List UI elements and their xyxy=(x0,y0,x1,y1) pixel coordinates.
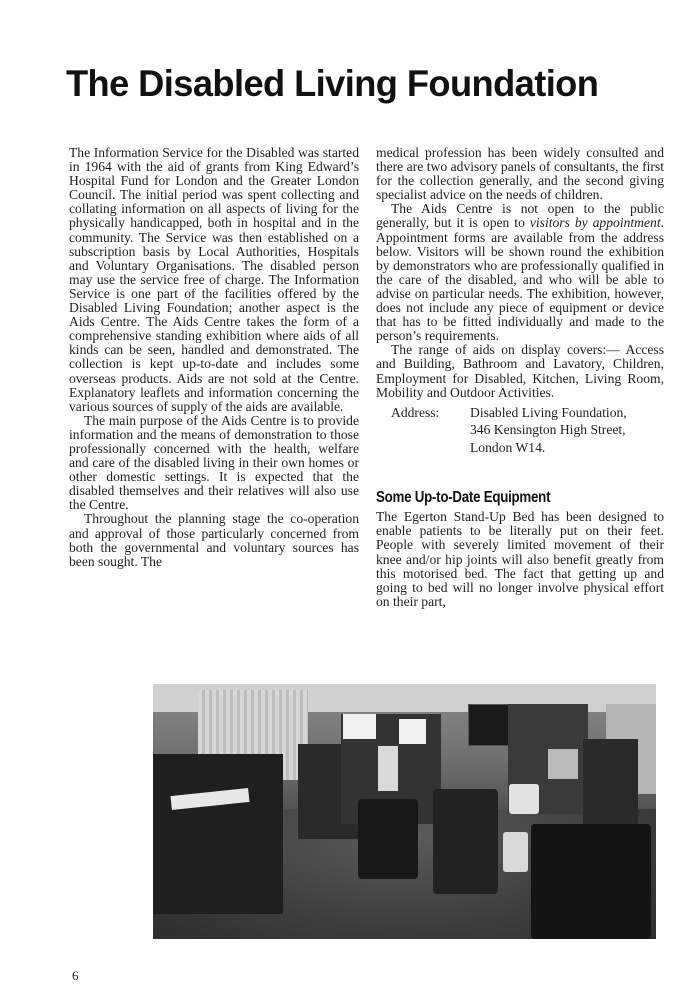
photo-wheelchair xyxy=(531,824,651,939)
section-subheading: Some Up-to-Date Equipment xyxy=(376,491,624,505)
address-line: Disabled Living Foundation, xyxy=(470,404,664,422)
address-line: London W14. xyxy=(470,439,664,457)
paragraph-text: . Appointment forms are available from t… xyxy=(376,215,664,343)
emphasis-text: visitors by appointment xyxy=(530,215,661,230)
exhibition-photo xyxy=(153,684,656,939)
paragraph: Throughout the planning stage the co-ope… xyxy=(69,512,359,568)
paragraph: medical profession has been widely consu… xyxy=(376,146,664,202)
right-column: medical profession has been widely consu… xyxy=(376,146,664,609)
photo-stand-up-bed xyxy=(153,754,283,914)
page-number: 6 xyxy=(72,968,79,984)
address-label: Address: xyxy=(376,404,470,422)
paragraph: The Egerton Stand-Up Bed has been design… xyxy=(376,510,664,609)
photo-poster xyxy=(548,749,578,779)
photo-sign xyxy=(468,704,510,746)
page-title: The Disabled Living Foundation xyxy=(66,62,654,106)
left-column: The Information Service for the Disabled… xyxy=(69,146,359,569)
address-line: 346 Kensington High Street, xyxy=(470,421,664,439)
photo-poster xyxy=(378,746,398,791)
paragraph: The range of aids on display covers:— Ac… xyxy=(376,343,664,399)
paragraph: The main purpose of the Aids Centre is t… xyxy=(69,414,359,513)
photo-appliance xyxy=(509,784,539,814)
photo-wheelchair xyxy=(433,789,498,894)
photo-bin xyxy=(503,832,528,872)
photo-wheelchair xyxy=(358,799,418,879)
address-block: Address: Disabled Living Foundation, 346… xyxy=(376,404,664,457)
photo-sign xyxy=(399,719,426,744)
photo-sign xyxy=(343,714,376,739)
paragraph: The Aids Centre is not open to the publi… xyxy=(376,202,664,343)
paragraph: The Information Service for the Disabled… xyxy=(69,146,359,414)
